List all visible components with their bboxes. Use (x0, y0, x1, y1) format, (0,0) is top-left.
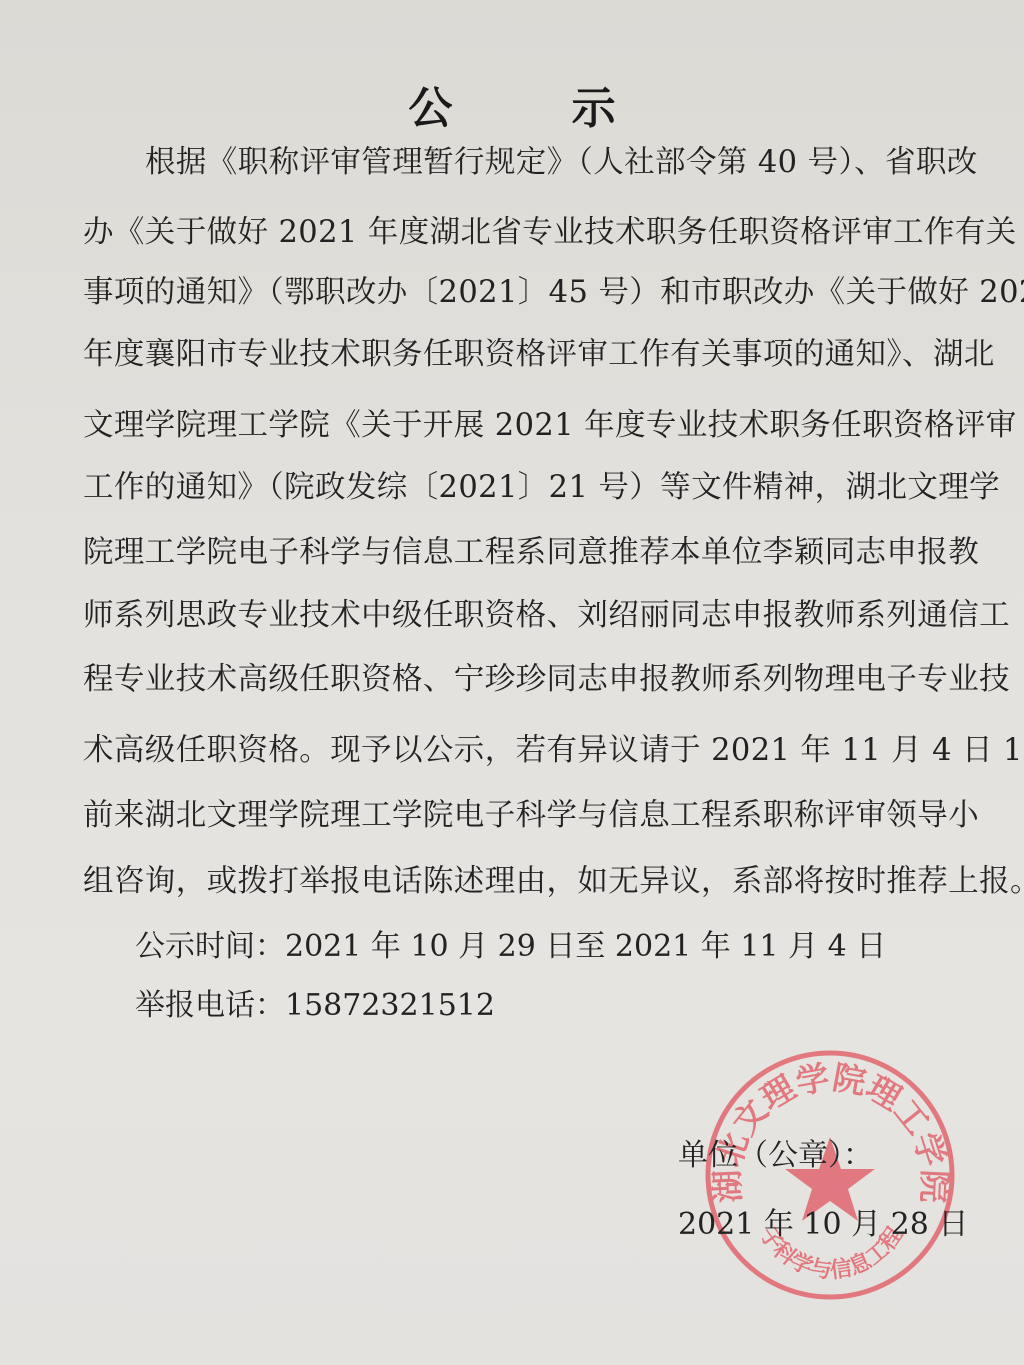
body-line: 根据《职称评审管理暂行规定》（人社部令第 40 号）、省职改 (145, 143, 978, 183)
body-line: 师系列思政专业技术中级任职资格、刘绍丽同志申报教师系列通信工 (83, 596, 1010, 636)
body-line: 年度襄阳市专业技术职务任职资格评审工作有关事项的通知》、湖北 (83, 335, 995, 375)
body-line: 院理工学院电子科学与信息工程系同意推荐本单位李颖同志申报教 (83, 533, 979, 573)
body-line: 工作的通知》（院政发综〔2021〕21 号）等文件精神，湖北文理学 (83, 468, 1000, 508)
body-line: 程专业技术高级任职资格、宁珍珍同志申报教师系列物理电子专业技 (83, 660, 1010, 700)
publicity-period: 公示时间：2021 年 10 月 29 日至 2021 年 11 月 4 日 (135, 927, 886, 967)
document-title: 公 示 (0, 72, 1024, 136)
body-line: 术高级任职资格。现予以公示，若有异议请于 2021 年 11 月 4 日 17:… (83, 731, 1024, 771)
signature-date: 2021 年 10 月 28 日 (678, 1205, 968, 1245)
body-line: 文理学院理工学院《关于开展 2021 年度专业技术职务任职资格评审 (83, 406, 1017, 446)
body-line: 前来湖北文理学院理工学院电子科学与信息工程系职称评审领导小 (83, 796, 979, 836)
report-phone: 举报电话：15872321512 (135, 986, 495, 1026)
unit-seal-label: 单位（公章）： (678, 1136, 873, 1176)
body-line: 办《关于做好 2021 年度湖北省专业技术职务任职资格评审工作有关 (83, 213, 1017, 253)
body-line: 事项的通知》（鄂职改办〔2021〕45 号）和市职改办《关于做好 2021 (83, 273, 1024, 313)
body-line: 组咨询，或拨打举报电话陈述理由，如无异议，系部将按时推荐上报。 (83, 862, 1024, 902)
document-page: 公 示 根据《职称评审管理暂行规定》（人社部令第 40 号）、省职改 办《关于做… (0, 0, 1024, 1365)
